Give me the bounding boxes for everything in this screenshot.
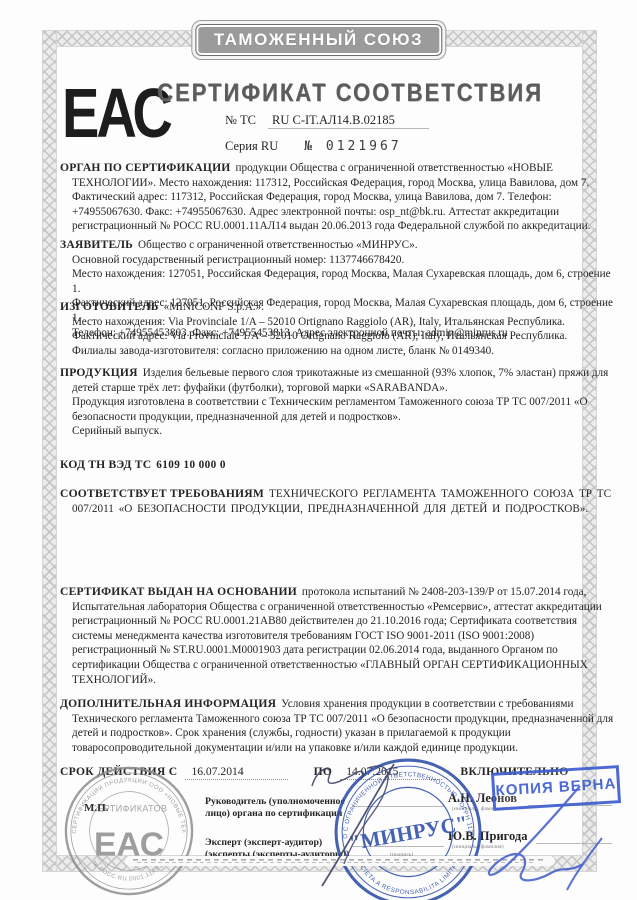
certificate-page: ТАМОЖЕННЫЙ СОЮЗ ЕАС СЕРТИФИКАТ СООТВЕТСТ… <box>0 0 637 900</box>
series-line: Серия RU№ 0121967 <box>225 139 402 154</box>
certificate-title: СЕРТИФИКАТ СООТВЕТСТВИЯ <box>110 78 590 107</box>
section-products: ПРОДУКЦИЯИзделия бельевые первого слоя т… <box>60 366 615 439</box>
border-band-left <box>42 30 57 872</box>
certificate-number-label: № ТС <box>225 113 256 127</box>
series-label: Серия RU <box>225 139 278 153</box>
section-text: протокола испытаний № 2408-203-139/Р от … <box>72 586 605 686</box>
customs-union-badge-label: ТАМОЖЕННЫЙ СОЮЗ <box>214 30 423 49</box>
series-number-value: № 0121967 <box>304 139 401 154</box>
section-certification-body: ОРГАН ПО СЕРТИФИКАЦИИпродукции Общества … <box>60 161 615 234</box>
section-heading: ЗАЯВИТЕЛЬ <box>60 238 133 251</box>
section-issued-on-basis: СЕРТИФИКАТ ВЫДАН НА ОСНОВАНИИпротокола и… <box>60 585 615 687</box>
section-heading: КОД ТН ВЭД ТС <box>60 458 151 471</box>
section-text: 6109 10 000 0 <box>156 459 226 471</box>
section-text: Изделия бельевые первого слоя трикотажны… <box>72 367 611 437</box>
validity-from-date: 16.07.2014 <box>185 765 287 780</box>
certification-body-round-stamp: ОРГАН ПО СЕРТИФИКАЦИИ ПРОДУКЦИИ ООО «НОВ… <box>60 762 198 900</box>
section-heading: ИЗГОТОВИТЕЛЬ <box>60 300 159 313</box>
customs-union-badge: ТАМОЖЕННЫЙ СОЮЗ <box>195 24 442 56</box>
place-of-seal-label: М.П. <box>84 802 108 814</box>
copy-certifier-signature <box>452 780 627 895</box>
section-heading: СЕРТИФИКАТ ВЫДАН НА ОСНОВАНИИ <box>60 585 297 598</box>
section-manufacturer: ИЗГОТОВИТЕЛЬ«MINICONF S.p.A.». Место нах… <box>60 300 615 358</box>
section-tnved-code: КОД ТН ВЭД ТС6109 10 000 0 <box>60 458 615 473</box>
section-heading: СООТВЕТСТВУЕТ ТРЕБОВАНИЯМ <box>60 487 264 500</box>
certificate-number-line: № ТСRU C-IT.АЛ14.В.02185 <box>225 113 429 128</box>
section-additional-info: ДОПОЛНИТЕЛЬНАЯ ИНФОРМАЦИЯУсловия хранени… <box>60 697 615 755</box>
head-signature <box>298 756 448 896</box>
section-heading: ДОПОЛНИТЕЛЬНАЯ ИНФОРМАЦИЯ <box>60 697 276 710</box>
section-conforms-to: СООТВЕТСТВУЕТ ТРЕБОВАНИЯМТЕХНИЧЕСКОГО РЕ… <box>60 487 615 516</box>
section-heading: ОРГАН ПО СЕРТИФИКАЦИИ <box>60 161 231 174</box>
section-heading: ПРОДУКЦИЯ <box>60 366 138 379</box>
certificate-number-value: RU C-IT.АЛ14.В.02185 <box>268 113 429 129</box>
